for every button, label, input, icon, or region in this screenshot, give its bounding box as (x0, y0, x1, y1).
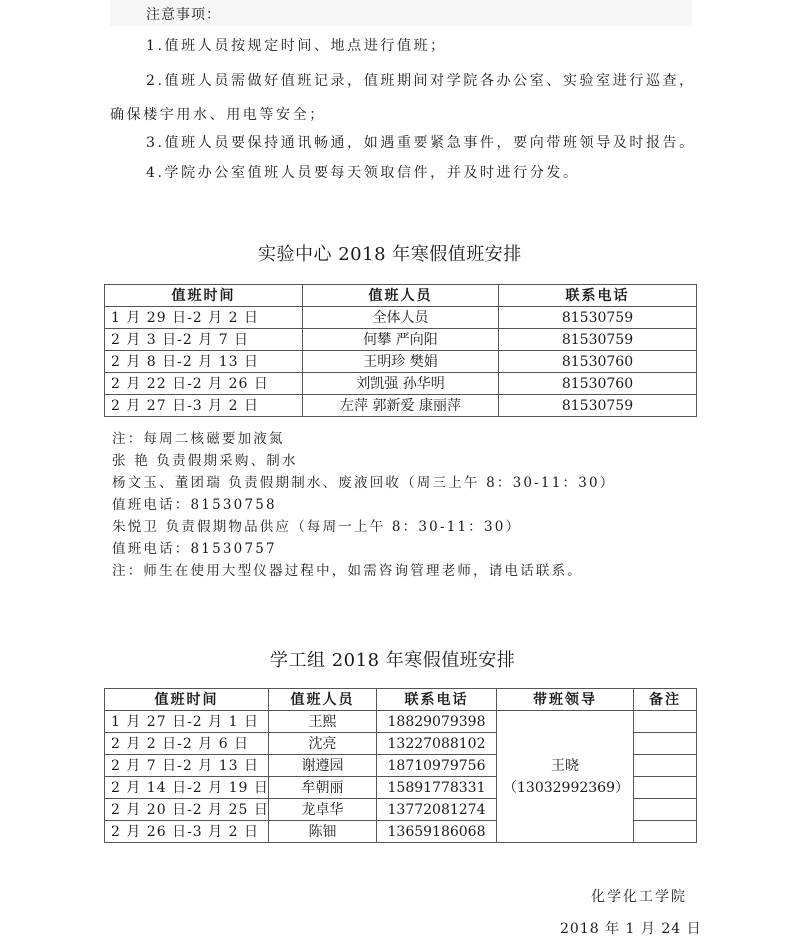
cell-time: 2 月 22 日-2 月 26 日 (105, 373, 303, 395)
cell-time: 1 月 29 日-2 月 2 日 (105, 307, 303, 329)
table-row: 2 月 8 日-2 月 13 日 王明珍 樊娟 81530760 (105, 351, 697, 373)
cell-staff: 牟朝丽 (269, 777, 377, 799)
note-line: 值班电话：81530757 (112, 538, 615, 560)
table-row: 1 月 27 日-2 月 1 日 王熙 18829079398 王晓 （1303… (105, 711, 697, 733)
note-line: 杨文玉、董团瑞 负责假期制水、废液回收（周三上午 8：30-11：30） (112, 472, 615, 494)
cell-time: 2 月 27 日-3 月 2 日 (105, 395, 303, 417)
cell-leader: 王晓 （13032992369） (497, 711, 634, 843)
table-header-row: 值班时间 值班人员 联系电话 (105, 285, 697, 307)
cell-staff: 陈钿 (269, 821, 377, 843)
signature-org: 化学化工学院 (591, 886, 687, 906)
notice-item-2-cont: 确保楼宇用水、用电等安全； (110, 105, 326, 125)
cell-phone: 81530760 (499, 351, 697, 373)
cell-phone: 81530760 (499, 373, 697, 395)
note-line: 值班电话：81530758 (112, 494, 615, 516)
col-header-remarks: 备注 (634, 689, 697, 711)
cell-staff: 左萍 郭新爱 康丽萍 (303, 395, 499, 417)
cell-time: 2 月 14 日-2 月 19 日 (105, 777, 269, 799)
cell-staff: 何攀 严向阳 (303, 329, 499, 351)
cell-phone: 18829079398 (377, 711, 497, 733)
cell-phone: 15891778331 (377, 777, 497, 799)
col-header-staff: 值班人员 (303, 285, 499, 307)
cell-time: 2 月 7 日-2 月 13 日 (105, 755, 269, 777)
lab-center-title: 实验中心 2018 年寒假值班安排 (258, 240, 522, 266)
cell-time: 2 月 2 日-2 月 6 日 (105, 733, 269, 755)
cell-phone: 13659186068 (377, 821, 497, 843)
notice-item-4: 4.学院办公室值班人员要每天领取信件，并及时进行分发。 (146, 163, 580, 183)
cell-time: 1 月 27 日-2 月 1 日 (105, 711, 269, 733)
note-line: 张 艳 负责假期采购、制水 (112, 450, 615, 472)
cell-remark (634, 821, 697, 843)
signature-date: 2018 年 1 月 24 日 (560, 918, 702, 938)
cell-time: 2 月 20 日-2 月 25 日 (105, 799, 269, 821)
note-line: 注：每周二核磁要加液氮 (112, 428, 615, 450)
cell-staff: 沈亮 (269, 733, 377, 755)
col-header-leader: 带班领导 (497, 689, 634, 711)
cell-phone: 81530759 (499, 329, 697, 351)
table-row: 2 月 22 日-2 月 26 日 刘凯强 孙华明 81530760 (105, 373, 697, 395)
student-affairs-title: 学工组 2018 年寒假值班安排 (270, 646, 515, 672)
col-header-phone: 联系电话 (377, 689, 497, 711)
cell-remark (634, 755, 697, 777)
cell-remark (634, 777, 697, 799)
note-line: 注：师生在使用大型仪器过程中，如需咨询管理老师，请电话联系。 (112, 560, 615, 582)
cell-phone: 13772081274 (377, 799, 497, 821)
cell-phone: 13227088102 (377, 733, 497, 755)
col-header-time: 值班时间 (105, 285, 303, 307)
notice-item-2: 2.值班人员需做好值班记录，值班期间对学院各办公室、实验室进行巡查， (146, 71, 696, 91)
cell-remark (634, 711, 697, 733)
cell-staff: 王熙 (269, 711, 377, 733)
table-row: 2 月 27 日-3 月 2 日 左萍 郭新爱 康丽萍 81530759 (105, 395, 697, 417)
col-header-time: 值班时间 (105, 689, 269, 711)
leader-name: 王晓 (503, 755, 627, 777)
col-header-phone: 联系电话 (499, 285, 697, 307)
cell-phone: 81530759 (499, 307, 697, 329)
cell-staff: 王明珍 樊娟 (303, 351, 499, 373)
student-affairs-table: 值班时间 值班人员 联系电话 带班领导 备注 1 月 27 日-2 月 1 日 … (104, 688, 697, 843)
table-header-row: 值班时间 值班人员 联系电话 带班领导 备注 (105, 689, 697, 711)
note-line: 朱悦卫 负责假期物品供应（每周一上午 8：30-11：30） (112, 516, 615, 538)
table-row: 2 月 3 日-2 月 7 日 何攀 严向阳 81530759 (105, 329, 697, 351)
lab-center-table: 值班时间 值班人员 联系电话 1 月 29 日-2 月 2 日 全体人员 815… (104, 284, 697, 417)
cell-time: 2 月 3 日-2 月 7 日 (105, 329, 303, 351)
table-row: 1 月 29 日-2 月 2 日 全体人员 81530759 (105, 307, 697, 329)
notice-item-1: 1.值班人员按规定时间、地点进行值班； (146, 36, 447, 56)
cell-phone: 18710979756 (377, 755, 497, 777)
cell-remark (634, 733, 697, 755)
cell-staff: 刘凯强 孙华明 (303, 373, 499, 395)
cell-staff: 龙卓华 (269, 799, 377, 821)
cell-remark (634, 799, 697, 821)
lab-center-notes: 注：每周二核磁要加液氮 张 艳 负责假期采购、制水 杨文玉、董团瑞 负责假期制水… (112, 428, 615, 582)
cell-staff: 全体人员 (303, 307, 499, 329)
col-header-staff: 值班人员 (269, 689, 377, 711)
notice-title: 注意事项： (146, 4, 221, 24)
cell-phone: 81530759 (499, 395, 697, 417)
cell-time: 2 月 26 日-3 月 2 日 (105, 821, 269, 843)
notice-item-3: 3.值班人员要保持通讯畅通，如遇重要紧急事件，要向带班领导及时报告。 (146, 133, 696, 153)
cell-staff: 谢遵园 (269, 755, 377, 777)
cell-time: 2 月 8 日-2 月 13 日 (105, 351, 303, 373)
leader-phone: （13032992369） (503, 777, 627, 799)
